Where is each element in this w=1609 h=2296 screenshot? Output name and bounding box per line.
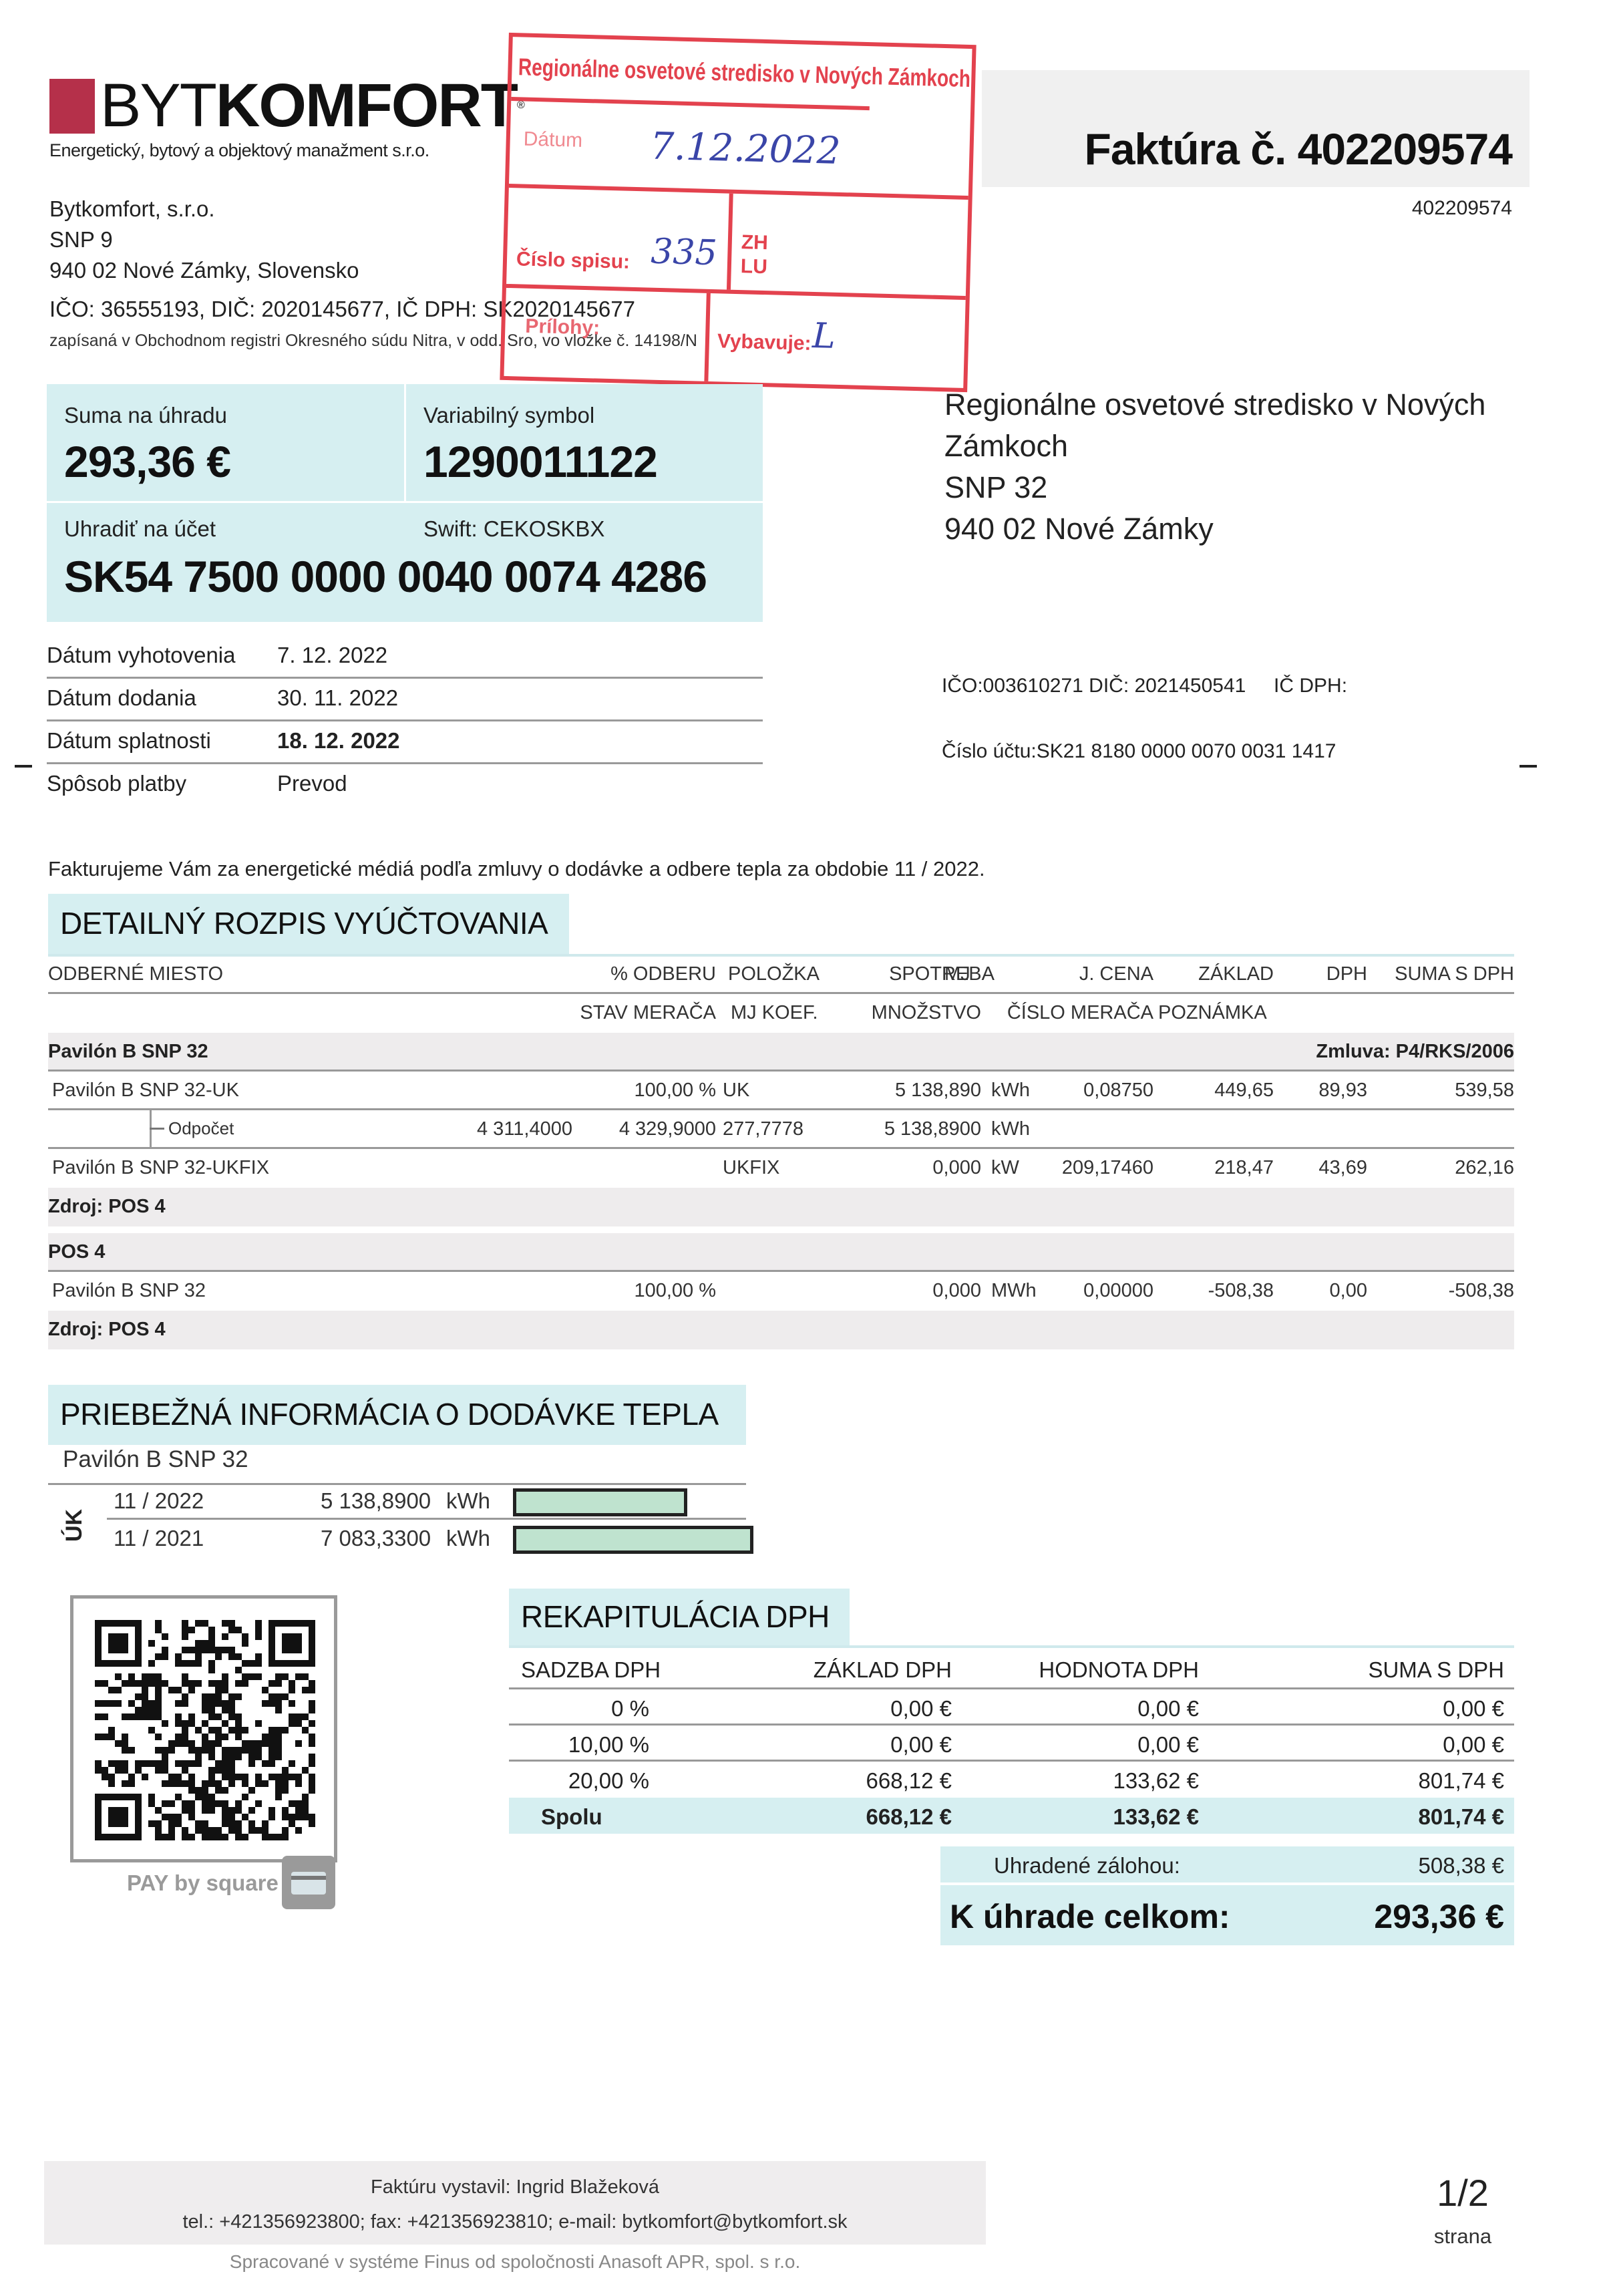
stamp-date-handwritten: 7.12.2022 — [650, 125, 842, 173]
amount-label: Suma na úhradu — [64, 403, 227, 428]
heat-period: 11 / 2022 — [114, 1488, 204, 1514]
intro-text: Fakturujeme Vám za energetické médiá pod… — [48, 857, 985, 881]
stamp-file-row: Číslo spisu: 335 ZHLU — [506, 188, 968, 300]
heat-unit: kWh — [446, 1526, 490, 1551]
stamp-department: ZHLU — [740, 230, 768, 279]
table-row: Pavilón B SNP 32-UK 100,00 % UK 5 138,89… — [48, 1072, 1514, 1110]
vat-table: SADZBA DPH ZÁKLAD DPH HODNOTA DPH SUMA S… — [509, 1648, 1514, 1834]
detail-section-title: DETAILNÝ ROZPIS VYÚČTOVANIA — [48, 894, 569, 954]
supplier-name: Bytkomfort, s.r.o. — [49, 194, 359, 224]
vat-row: 10,00 % 0,00 € 0,00 € 0,00 € — [509, 1726, 1514, 1762]
heat-value: 7 083,3300 — [321, 1526, 431, 1551]
recipient-street: SNP 32 — [944, 467, 1485, 508]
vat-section-title: REKAPITULÁCIA DPH — [509, 1589, 850, 1645]
amount-value: 293,36 € — [64, 436, 230, 487]
stamp-file-handwritten: 335 — [651, 232, 718, 274]
stamp-file-label: Číslo spisu: — [516, 248, 631, 273]
account-label: Uhradiť na účet — [64, 516, 216, 542]
recipient-city: 940 02 Nové Zámky — [944, 508, 1485, 550]
detail-group-row: POS 4 — [48, 1233, 1514, 1272]
footer-processed: Spracované v systéme Finus od spoločnost… — [44, 2251, 986, 2273]
vat-row: 0 % 0,00 € 0,00 € 0,00 € — [509, 1689, 1514, 1726]
recipient-name-1: Regionálne osvetové stredisko v Nových — [944, 384, 1485, 426]
heat-comparison-bar — [513, 1526, 753, 1554]
detail-source-row: Zdroj: POS 4 — [48, 1188, 1514, 1226]
page-number: 1/2 — [1423, 2171, 1503, 2215]
recipient-address: Regionálne osvetové stredisko v Nových Z… — [944, 384, 1485, 550]
table-row: Pavilón B SNP 32-UKFIX UKFIX 0,000 kW 20… — [48, 1149, 1514, 1188]
advance-value: 508,38 € — [1419, 1853, 1504, 1878]
qr-code-icon — [95, 1620, 315, 1840]
total-due-value: 293,36 € — [1374, 1897, 1504, 1936]
table-row-reading: Odpočet 4 311,4000 4 329,9000 277,7778 5… — [48, 1110, 1514, 1149]
variable-symbol-value: 1290011122 — [423, 436, 657, 487]
logo-mark — [49, 79, 95, 134]
detail-header-row-1: ODBERNÉ MIESTO % ODBERU POLOŽKA SPOTREBA… — [48, 955, 1514, 994]
stamp-bottom-row: Prílohy: Vybavuje: L — [504, 288, 965, 388]
heat-period: 11 / 2021 — [114, 1526, 204, 1551]
stamp-date-row: Dátum 7.12.2022 — [509, 101, 970, 200]
stamp-handled-handwritten: L — [812, 316, 836, 357]
date-row-due: Dátum splatnosti18. 12. 2022 — [47, 721, 763, 764]
variable-symbol-label: Variabilný symbol — [423, 403, 594, 428]
advance-label: Uhradené zálohou: — [994, 1853, 1180, 1878]
detail-source-row: Zdroj: POS 4 — [48, 1311, 1514, 1349]
company-tagline: Energetický, bytový a objektový manažmen… — [49, 140, 429, 161]
dates-table: Dátum vyhotovenia7. 12. 2022 Dátum dodan… — [47, 636, 763, 807]
card-icon — [282, 1856, 335, 1909]
company-logo: BYTKOMFORT® — [100, 72, 524, 139]
recipient-account: Číslo účtu:SK21 8180 0000 0070 0031 1417 — [942, 740, 1336, 763]
heat-comparison-bar — [513, 1488, 687, 1516]
recipient-ids: IČO:003610271 DIČ: 2021450541 IČ DPH: — [942, 675, 1347, 697]
vat-row: 20,00 % 668,12 € 133,62 € 801,74 € — [509, 1762, 1514, 1798]
iban-value: SK54 7500 0000 0040 0074 4286 — [64, 551, 707, 602]
advance-row: Uhradené zálohou: 508,38 € — [940, 1846, 1514, 1882]
heat-side-label: ÚK — [61, 1509, 87, 1542]
detail-header-row-2: STAV MERAČA MJ KOEF. MNOŽSTVO ČÍSLO MERA… — [48, 994, 1514, 1033]
supplier-city: 940 02 Nové Zámky, Slovensko — [49, 255, 359, 286]
date-row-delivery: Dátum dodania30. 11. 2022 — [47, 679, 763, 721]
recipient-name-2: Zámkoch — [944, 426, 1485, 467]
fold-mark-left — [15, 765, 32, 768]
invoice-title: Faktúra č. 402209574 — [1085, 124, 1512, 174]
table-row: Pavilón B SNP 32 100,00 % 0,000 MWh 0,00… — [48, 1272, 1514, 1311]
variable-symbol-box: Variabilný symbol 1290011122 — [406, 384, 763, 501]
stamp-attachments-label: Prílohy: — [525, 315, 600, 340]
stamp-handled-label: Vybavuje: — [717, 330, 811, 355]
logo-text-thin: BYT — [100, 71, 216, 140]
detail-table: ODBERNÉ MIESTO % ODBERU POLOŽKA SPOTREBA… — [48, 955, 1514, 1349]
pay-by-square-qr — [70, 1595, 337, 1862]
heat-divider-2 — [107, 1518, 746, 1520]
pay-by-square-label: PAY by square — [127, 1870, 279, 1896]
footer-issued-by: Faktúru vystavil: Ingrid Blažeková — [44, 2176, 986, 2198]
date-row-payment-method: Spôsob platbyPrevod — [47, 764, 763, 807]
heat-info-title: PRIEBEŽNÁ INFORMÁCIA O DODÁVKE TEPLA — [48, 1385, 746, 1445]
stamp-title: Regionálne osvetové stredisko v Nových Z… — [511, 37, 871, 110]
total-due-label: K úhrade celkom: — [950, 1897, 1230, 1936]
heat-divider — [48, 1483, 746, 1485]
stamp-date-label: Dátum — [523, 128, 582, 152]
account-box: Uhradiť na účet Swift: CEKOSKBX SK54 750… — [47, 503, 763, 622]
footer-contact: tel.: +421356923800; fax: +421356923810;… — [44, 2211, 986, 2233]
total-due-row: K úhrade celkom: 293,36 € — [940, 1885, 1514, 1945]
supplier-address: Bytkomfort, s.r.o. SNP 9 940 02 Nové Zám… — [49, 194, 359, 286]
date-row-issued: Dátum vyhotovenia7. 12. 2022 — [47, 636, 763, 679]
amount-box: Suma na úhradu 293,36 € — [47, 384, 404, 501]
detail-group-row: Pavilón B SNP 32 Zmluva: P4/RKS/2006 — [48, 1033, 1514, 1072]
heat-info-place: Pavilón B SNP 32 — [63, 1446, 248, 1473]
logo-text-bold: KOMFORT — [216, 71, 517, 140]
vat-total-row: Spolu 668,12 € 133,62 € 801,74 € — [509, 1798, 1514, 1834]
fold-mark-right — [1519, 765, 1537, 768]
heat-value: 5 138,8900 — [321, 1488, 431, 1514]
heat-unit: kWh — [446, 1488, 490, 1514]
supplier-street: SNP 9 — [49, 224, 359, 255]
swift-code: Swift: CEKOSKBX — [423, 516, 604, 542]
vat-header-row: SADZBA DPH ZÁKLAD DPH HODNOTA DPH SUMA S… — [509, 1648, 1514, 1689]
registry-stamp: Regionálne osvetové stredisko v Nových Z… — [500, 33, 976, 392]
invoice-number: 402209574 — [1412, 197, 1512, 220]
page-label: strana — [1423, 2225, 1503, 2249]
